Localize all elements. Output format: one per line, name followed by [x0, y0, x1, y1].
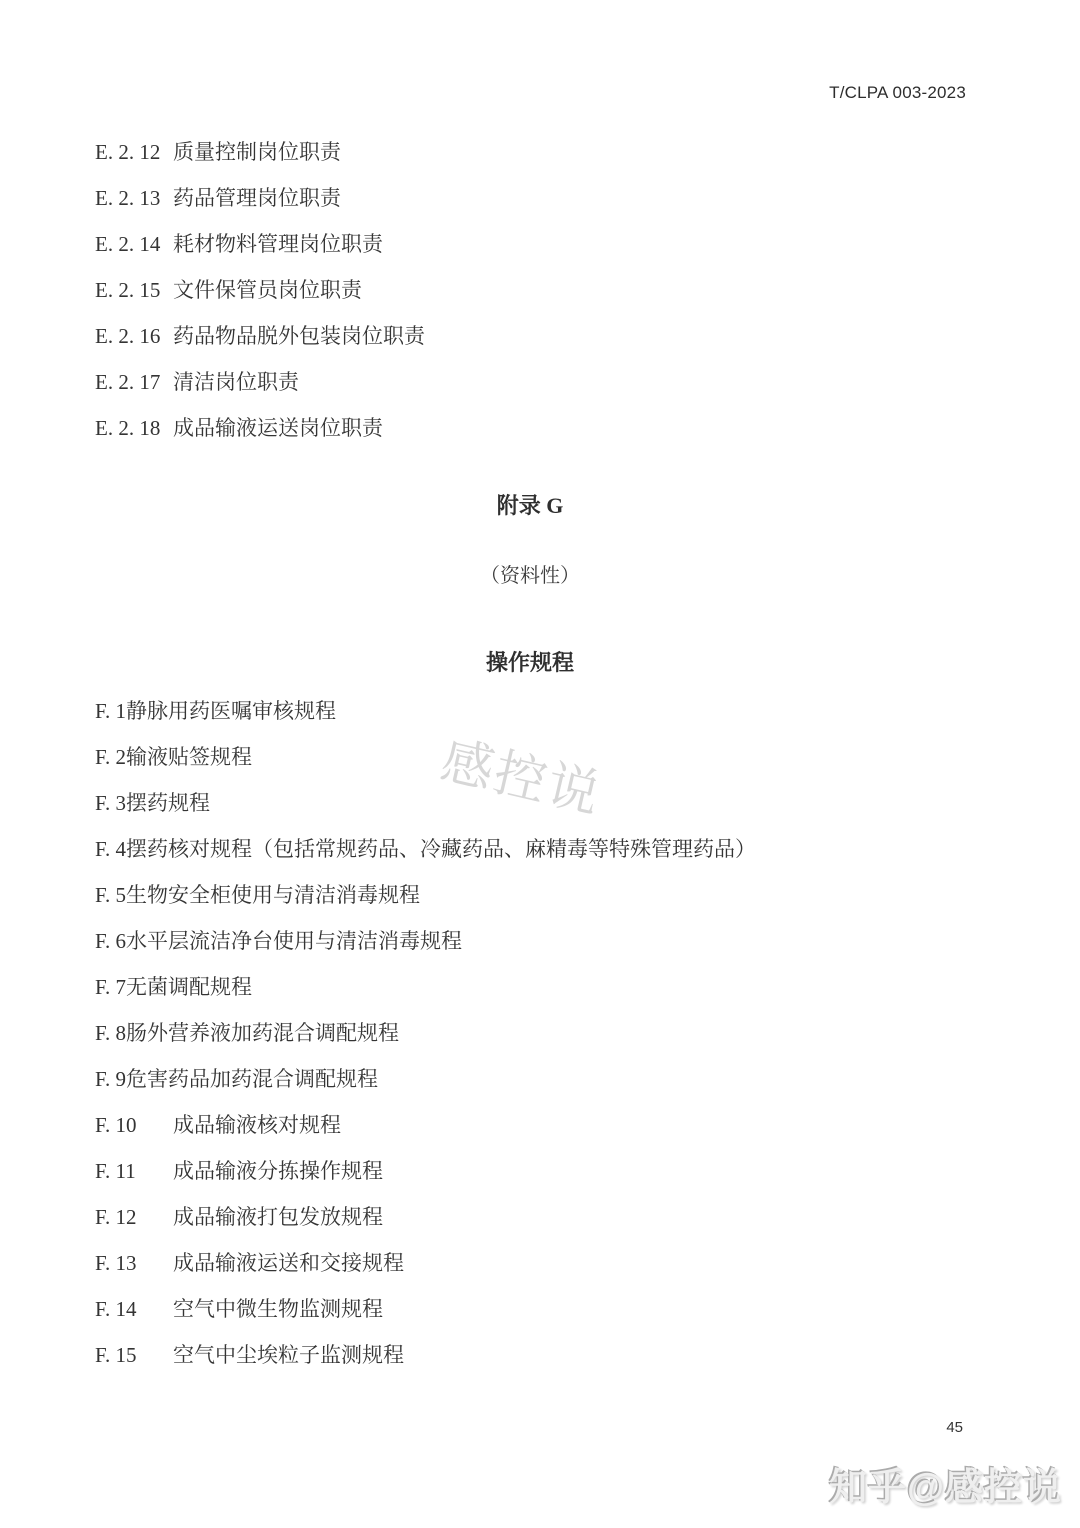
item-number: F. 4 — [95, 838, 126, 860]
item-number: E. 2. 16 — [95, 325, 173, 347]
item-text: 危害药品加药混合调配规程 — [126, 1067, 378, 1091]
list-item: E. 2. 18成品输液运送岗位职责 — [95, 417, 1040, 439]
list-item: F. 7无菌调配规程 — [95, 976, 1040, 998]
item-number: F. 2 — [95, 746, 126, 768]
item-text: 输液贴签规程 — [126, 745, 252, 769]
item-number: F. 6 — [95, 930, 126, 952]
item-number: F. 10 — [95, 1114, 173, 1136]
list-item: E. 2. 16药品物品脱外包装岗位职责 — [95, 325, 1040, 347]
item-text: 成品输液运送岗位职责 — [173, 416, 383, 440]
item-text: 成品输液运送和交接规程 — [173, 1251, 404, 1275]
item-text: 药品管理岗位职责 — [173, 186, 341, 210]
item-text: 无菌调配规程 — [126, 975, 252, 999]
f-item-list: F. 1静脉用药医嘱审核规程 F. 2输液贴签规程 F. 3摆药规程 F. 4摆… — [95, 700, 1040, 1390]
list-item: F. 1静脉用药医嘱审核规程 — [95, 700, 1040, 722]
list-item: F. 8肠外营养液加药混合调配规程 — [95, 1022, 1040, 1044]
item-number: E. 2. 17 — [95, 371, 173, 393]
watermark-bottom-right: 知乎@感控说 — [829, 1456, 1062, 1511]
item-text: 成品输液分拣操作规程 — [173, 1159, 383, 1183]
item-number: E. 2. 15 — [95, 279, 173, 301]
list-item: F. 3摆药规程 — [95, 792, 1040, 814]
item-text: 耗材物料管理岗位职责 — [173, 232, 383, 256]
list-item: F. 6水平层流洁净台使用与清洁消毒规程 — [95, 930, 1040, 952]
item-number: E. 2. 14 — [95, 233, 173, 255]
list-item: E. 2. 15文件保管员岗位职责 — [95, 279, 1040, 301]
item-text: 摆药规程 — [126, 791, 210, 815]
item-text: 药品物品脱外包装岗位职责 — [173, 324, 425, 348]
doc-code-header: T/CLPA 003-2023 — [829, 83, 966, 103]
item-number: F. 9 — [95, 1068, 126, 1090]
item-number: E. 2. 18 — [95, 417, 173, 439]
item-text: 文件保管员岗位职责 — [173, 278, 362, 302]
list-item: F. 15空气中尘埃粒子监测规程 — [95, 1344, 1040, 1366]
item-number: F. 1 — [95, 700, 126, 722]
list-item: F. 12成品输液打包发放规程 — [95, 1206, 1040, 1228]
section-title: 操作规程 — [0, 646, 1060, 677]
list-item: F. 14空气中微生物监测规程 — [95, 1298, 1040, 1320]
item-text: 质量控制岗位职责 — [173, 140, 341, 164]
list-item: F. 2输液贴签规程 — [95, 746, 1040, 768]
item-text: 成品输液核对规程 — [173, 1113, 341, 1137]
item-text: 静脉用药医嘱审核规程 — [126, 699, 336, 723]
item-number: F. 5 — [95, 884, 126, 906]
list-item: F. 11成品输液分拣操作规程 — [95, 1160, 1040, 1182]
item-number: E. 2. 12 — [95, 141, 173, 163]
list-item: F. 10成品输液核对规程 — [95, 1114, 1040, 1136]
e-item-list: E. 2. 12质量控制岗位职责 E. 2. 13药品管理岗位职责 E. 2. … — [95, 141, 1040, 463]
item-number: F. 12 — [95, 1206, 173, 1228]
list-item: E. 2. 14耗材物料管理岗位职责 — [95, 233, 1040, 255]
item-text: 空气中尘埃粒子监测规程 — [173, 1343, 404, 1367]
appendix-title: 附录 G — [0, 489, 1060, 520]
document-page: T/CLPA 003-2023 E. 2. 12质量控制岗位职责 E. 2. 1… — [0, 0, 1080, 1528]
item-number: F. 8 — [95, 1022, 126, 1044]
page-number: 45 — [946, 1419, 963, 1436]
item-text: 肠外营养液加药混合调配规程 — [126, 1021, 399, 1045]
item-text: 水平层流洁净台使用与清洁消毒规程 — [126, 929, 462, 953]
item-number: F. 13 — [95, 1252, 173, 1274]
item-number: F. 14 — [95, 1298, 173, 1320]
item-number: F. 7 — [95, 976, 126, 998]
item-text: 成品输液打包发放规程 — [173, 1205, 383, 1229]
appendix-subtitle: （资料性） — [0, 559, 1060, 588]
list-item: E. 2. 12质量控制岗位职责 — [95, 141, 1040, 163]
list-item: E. 2. 13药品管理岗位职责 — [95, 187, 1040, 209]
list-item: F. 9危害药品加药混合调配规程 — [95, 1068, 1040, 1090]
list-item: E. 2. 17清洁岗位职责 — [95, 371, 1040, 393]
item-text: 清洁岗位职责 — [173, 370, 299, 394]
item-number: F. 15 — [95, 1344, 173, 1366]
item-text: 摆药核对规程（包括常规药品、冷藏药品、麻精毒等特殊管理药品） — [126, 837, 756, 861]
item-number: E. 2. 13 — [95, 187, 173, 209]
item-text: 空气中微生物监测规程 — [173, 1297, 383, 1321]
item-number: F. 3 — [95, 792, 126, 814]
list-item: F. 13成品输液运送和交接规程 — [95, 1252, 1040, 1274]
list-item: F. 4摆药核对规程（包括常规药品、冷藏药品、麻精毒等特殊管理药品） — [95, 838, 1040, 860]
item-number: F. 11 — [95, 1160, 173, 1182]
item-text: 生物安全柜使用与清洁消毒规程 — [126, 883, 420, 907]
list-item: F. 5生物安全柜使用与清洁消毒规程 — [95, 884, 1040, 906]
